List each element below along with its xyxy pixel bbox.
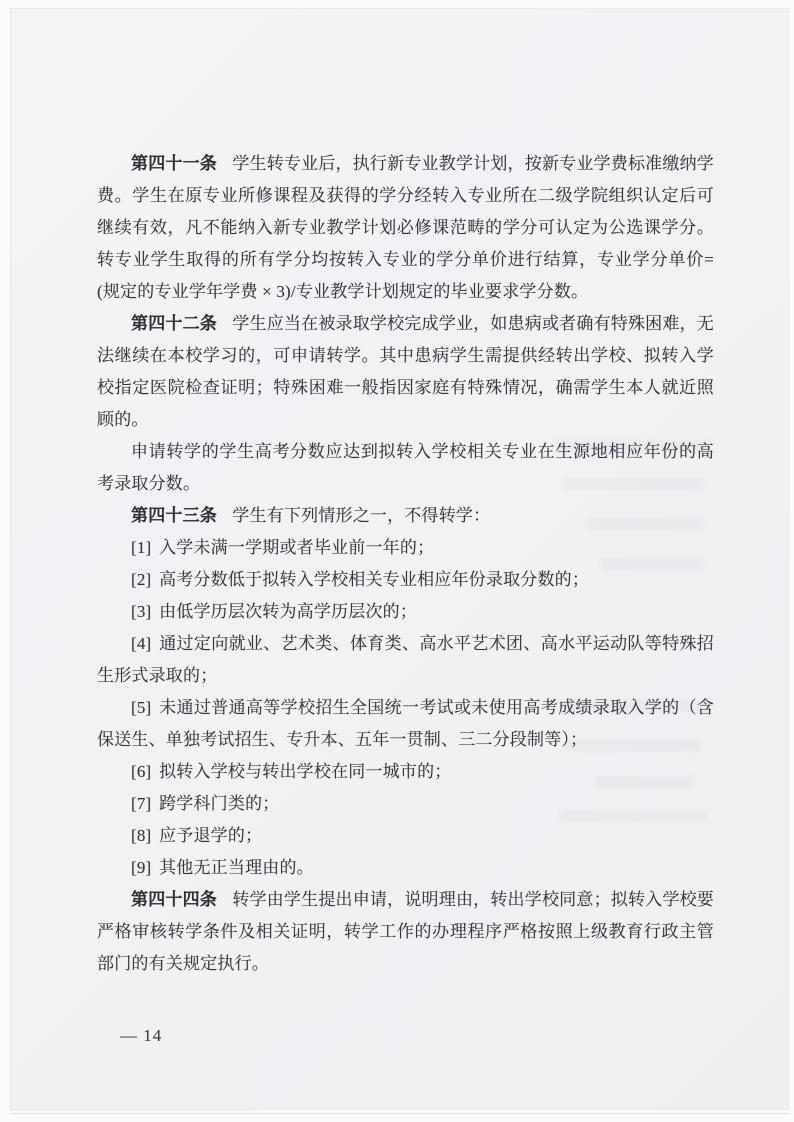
list-item-6-marker: [6] <box>131 762 151 781</box>
list-item-5-text: 未通过普通高等学校招生全国统一考试或未使用高考成绩录取入学的（含保送生、单独考试… <box>97 698 714 749</box>
paragraph-text: 申请转学的学生高考分数应达到拟转入学校相关专业在生源地相应年份的高考录取分数。 <box>97 442 714 493</box>
document-page: 第四十一条学生转专业后，执行新专业教学计划，按新专业学费标准缴纳学费。学生在原专… <box>10 8 790 1110</box>
list-item-4: [4]通过定向就业、艺术类、体育类、高水平艺术团、高水平运动队等特殊招生形式录取… <box>97 628 714 692</box>
page-number: — 14 <box>120 1026 162 1046</box>
list-item-3: [3]由低学历层次转为高学历层次的； <box>97 596 714 628</box>
list-item-9: [9]其他无正当理由的。 <box>97 852 714 884</box>
article-42: 第四十二条学生应当在被录取学校完成学业，如患病或者确有特殊困难，无法继续在本校学… <box>97 308 714 436</box>
article-43-text: 学生有下列情形之一，不得转学： <box>232 506 490 525</box>
list-item-8-marker: [8] <box>131 826 151 845</box>
list-item-7-text: 跨学科门类的； <box>159 794 279 813</box>
list-item-3-text: 由低学历层次转为高学历层次的； <box>159 602 417 621</box>
list-item-3-marker: [3] <box>131 602 151 621</box>
list-item-2-text: 高考分数低于拟转入学校相关专业相应年份录取分数的； <box>159 570 589 589</box>
list-item-9-marker: [9] <box>131 858 151 877</box>
list-item-1-marker: [1] <box>131 538 151 557</box>
article-42-heading: 第四十二条 <box>131 314 217 333</box>
list-item-8: [8]应予退学的； <box>97 820 714 852</box>
scanned-document: 第四十一条学生转专业后，执行新专业教学计划，按新专业学费标准缴纳学费。学生在原专… <box>0 0 794 1122</box>
list-item-6-text: 拟转入学校与转出学校在同一城市的； <box>159 762 451 781</box>
list-item-6: [6]拟转入学校与转出学校在同一城市的； <box>97 756 714 788</box>
article-41-heading: 第四十一条 <box>131 154 217 173</box>
list-item-9-text: 其他无正当理由的。 <box>159 858 314 877</box>
article-43-heading: 第四十三条 <box>131 506 217 525</box>
document-body: 第四十一条学生转专业后，执行新专业教学计划，按新专业学费标准缴纳学费。学生在原专… <box>97 148 714 980</box>
article-41-text: 学生转专业后，执行新专业教学计划，按新专业学费标准缴纳学费。学生在原专业所修课程… <box>97 154 714 301</box>
article-43: 第四十三条学生有下列情形之一，不得转学： <box>97 500 714 532</box>
list-item-5-marker: [5] <box>131 698 151 717</box>
list-item-5: [5]未通过普通高等学校招生全国统一考试或未使用高考成绩录取入学的（含保送生、单… <box>97 692 714 756</box>
list-item-1-text: 入学未满一学期或者毕业前一年的； <box>159 538 434 557</box>
list-item-7-marker: [7] <box>131 794 151 813</box>
article-44-heading: 第四十四条 <box>131 890 217 909</box>
list-item-2: [2]高考分数低于拟转入学校相关专业相应年份录取分数的； <box>97 564 714 596</box>
list-item-7: [7]跨学科门类的； <box>97 788 714 820</box>
list-item-2-marker: [2] <box>131 570 151 589</box>
list-item-4-marker: [4] <box>131 634 151 653</box>
article-42-paragraph-2: 申请转学的学生高考分数应达到拟转入学校相关专业在生源地相应年份的高考录取分数。 <box>97 436 714 500</box>
list-item-4-text: 通过定向就业、艺术类、体育类、高水平艺术团、高水平运动队等特殊招生形式录取的； <box>97 634 714 685</box>
article-41: 第四十一条学生转专业后，执行新专业教学计划，按新专业学费标准缴纳学费。学生在原专… <box>97 148 714 308</box>
list-item-8-text: 应予退学的； <box>159 826 262 845</box>
list-item-1: [1]入学未满一学期或者毕业前一年的； <box>97 532 714 564</box>
article-44: 第四十四条转学由学生提出申请，说明理由，转出学校同意；拟转入学校要严格审核转学条… <box>97 884 714 980</box>
